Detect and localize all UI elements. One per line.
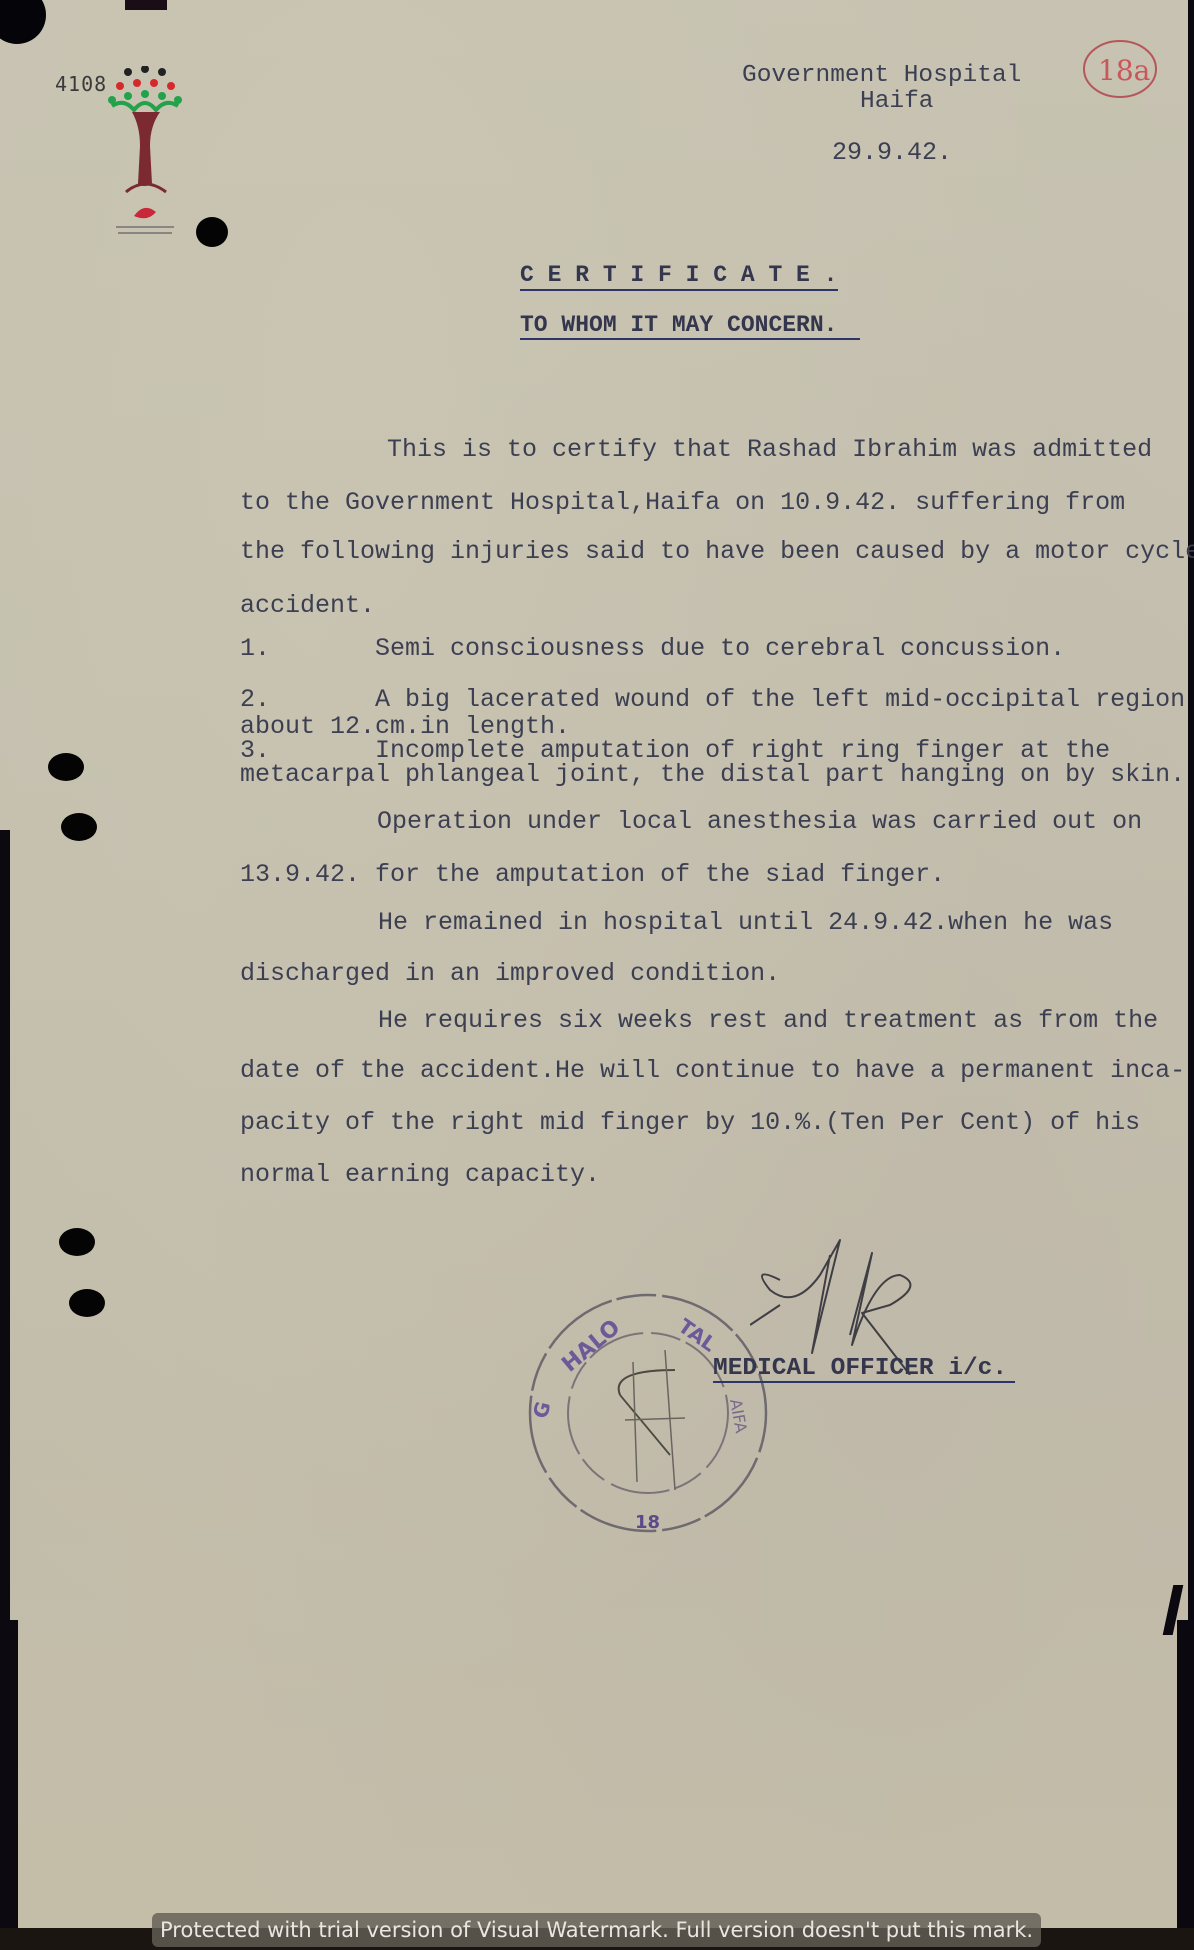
body-line: pacity of the right mid finger by 10.%.(… — [240, 1110, 1140, 1135]
body-line: 13.9.42. for the amputation of the siad … — [240, 862, 945, 887]
institution-city: Haifa — [860, 90, 934, 115]
body-line: accident. — [240, 593, 375, 618]
subtitle-underline — [520, 338, 860, 340]
official-stamp-icon: HALO TAL G AIFA 18 — [525, 1290, 771, 1536]
document-date: 29.9.42. — [832, 140, 952, 165]
reference-number: 4108 — [55, 72, 107, 96]
body-line: 2. A big lacerated wound of the left mid… — [240, 687, 1185, 712]
punch-hole — [59, 1228, 95, 1256]
body-line: He remained in hospital until 24.9.42.wh… — [378, 910, 1113, 935]
page-tear-right — [1177, 1620, 1194, 1950]
body-line: Operation under local anesthesia was car… — [377, 809, 1142, 834]
folio-text: 18a — [1098, 54, 1150, 87]
institution-name: Government Hospital — [742, 64, 1021, 89]
body-line: This is to certify that Rashad Ibrahim w… — [387, 437, 1152, 462]
svg-text:AIFA: AIFA — [726, 1397, 751, 1434]
signatory-title: MEDICAL OFFICER i/c. — [713, 1357, 1007, 1382]
punch-hole — [196, 217, 228, 247]
signatory-underline — [713, 1381, 1015, 1383]
document-page: 4108 Government Hospital Haifa 29.9.42. … — [0, 0, 1188, 1950]
watermark-banner: Protected with trial version of Visual W… — [152, 1913, 1041, 1947]
svg-text:18: 18 — [635, 1512, 660, 1533]
body-line: 1. Semi consciousness due to cerebral co… — [240, 636, 1065, 661]
punch-hole — [48, 753, 84, 781]
punch-hole — [69, 1289, 105, 1317]
folio-mark-icon: 18a — [1078, 36, 1162, 102]
signature-icon — [750, 1235, 930, 1375]
body-line: to the Government Hospital,Haifa on 10.9… — [240, 490, 1125, 515]
certificate-subtitle: TO WHOM IT MAY CONCERN. — [520, 314, 837, 337]
punch-hole — [61, 813, 97, 841]
body-line: date of the accident.He will continue to… — [240, 1058, 1185, 1083]
body-line: metacarpal phlangeal joint, the distal p… — [240, 762, 1185, 787]
body-line: discharged in an improved condition. — [240, 961, 780, 986]
certificate-title: C E R T I F I C A T E . — [520, 264, 837, 287]
family-tree-logo-icon — [104, 66, 186, 236]
body-line: normal earning capacity. — [240, 1162, 600, 1187]
body-line: He requires six weeks rest and treatment… — [378, 1008, 1158, 1033]
svg-text:HALO: HALO — [557, 1315, 625, 1377]
scan-corner-shadow — [0, 0, 46, 44]
svg-text:G: G — [528, 1399, 555, 1421]
scan-left-edge-lower — [0, 1620, 18, 1950]
title-underline — [520, 289, 838, 291]
scan-edge-mark — [125, 0, 167, 10]
body-line: the following injuries said to have been… — [240, 539, 1194, 564]
